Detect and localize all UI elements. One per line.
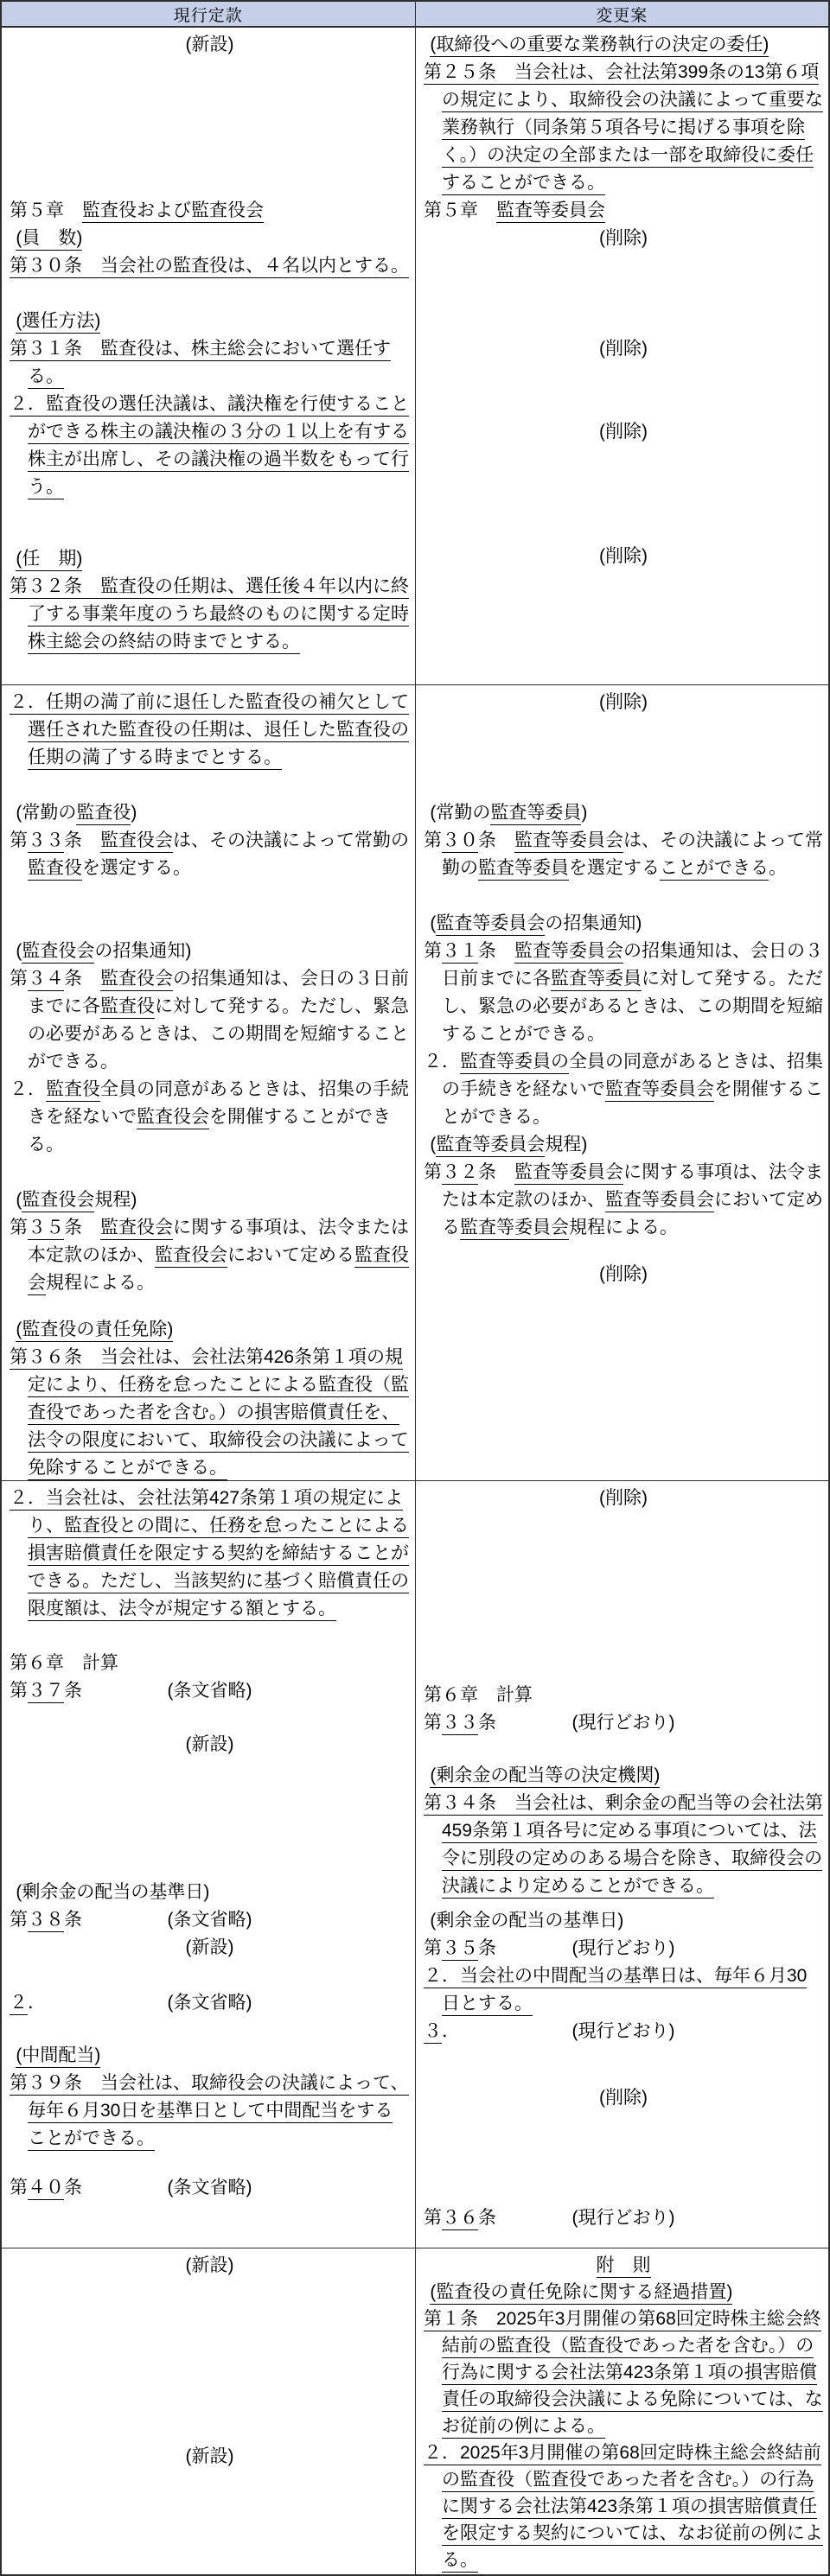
spacer xyxy=(424,1242,823,1261)
spacer xyxy=(10,772,410,799)
changed-text: 監査役 xyxy=(100,996,155,1019)
abbreviation-note: (条文省略) xyxy=(168,1993,252,2013)
changed-text: ２ xyxy=(10,1993,28,2015)
new-provision-note: (新設) xyxy=(10,2443,410,2470)
changed-text: (任 期) xyxy=(16,549,82,571)
changed-text: 監査等委員会 xyxy=(460,1218,569,1240)
spacer xyxy=(10,59,410,197)
spacer xyxy=(424,252,823,335)
spacer xyxy=(424,2112,823,2204)
article-paragraph: 第２５条 当会社は、会社法第399条の13第６項の規定により、取締役会の決議によ… xyxy=(424,59,823,197)
deleted-note: (削除) xyxy=(424,543,823,570)
article-paragraph: 第３０条 監査等委員会は、その決議によって常勤の監査等委員を選定することができる… xyxy=(424,827,823,882)
article-paragraph: 第１条 2025年3月開催の第68回定時株主総会終結前の監査役（監査役であった者… xyxy=(424,2306,823,2439)
article-paragraph: 第３２条 監査等委員会に関する事項は、法令または本定款のほか、監査等委員会におい… xyxy=(424,1159,823,1242)
changed-text: 監査等委員の xyxy=(460,1052,569,1074)
spacer xyxy=(10,2153,410,2174)
caption-line: (取締役への重要な業務執行の決定の委任) xyxy=(424,31,823,59)
abbreviation-note: (現行どおり) xyxy=(572,1713,675,1733)
article-paragraph: 第３４条 監査役会の招集通知は、会日の３日前までに各監査役に対して発する。ただし… xyxy=(10,965,410,1076)
article-paragraph: 第３１条 監査等委員会の招集通知は、会日の３日前までに各監査等委員に対して発する… xyxy=(424,938,823,1048)
spacer xyxy=(10,1962,410,1989)
spacer xyxy=(424,1737,823,1762)
changed-text: ３６ xyxy=(442,2208,478,2230)
changed-text: 監査等委員 xyxy=(551,969,642,991)
spacer xyxy=(10,1623,410,1650)
changed-text: 監査等委員会 xyxy=(605,1190,714,1212)
article-line: 第３５条(現行どおり) xyxy=(424,1935,823,1962)
deleted-note: (削除) xyxy=(424,1485,823,1512)
deleted-note: (削除) xyxy=(424,2084,823,2112)
spacer xyxy=(10,1759,410,1879)
changed-text: ３５ xyxy=(28,1218,64,1240)
new-provision-note: (新設) xyxy=(10,1731,410,1759)
caption-line: (監査役の責任免除に関する経過措置) xyxy=(424,2279,823,2306)
article-paragraph: ２．任期の満了前に退任した監査役の補欠として選任された監査役の任期は、退任した監… xyxy=(10,689,410,772)
table-body: (新設)第５章 監査役および監査役会(員 数)第３０条 当会社の監査役は、４名以… xyxy=(2,28,828,2576)
changed-text: ２．2025年3月開催の第68回定時株主総会終結前の監査役（監査役であった者を含… xyxy=(424,2443,823,2573)
spacer xyxy=(424,363,823,418)
column-header-current: 現行定款 xyxy=(2,2,415,26)
abbreviation-note: (現行どおり) xyxy=(572,1938,675,1958)
changed-text: 監査役会 xyxy=(155,1245,227,1268)
caption-line: (剰余金の配当の基準日) xyxy=(10,1879,410,1906)
appendix-title: 附 則 xyxy=(424,2252,823,2279)
article-line: 第４０条(条文省略) xyxy=(10,2174,410,2202)
proposed-amendments-cell: (取締役への重要な業務執行の決定の委任)第２５条 当会社は、会社法第399条の1… xyxy=(415,28,828,684)
changed-text: 第３９条 当会社は、取締役会の決議によって、毎年６月30日を基準日として中間配当… xyxy=(10,2073,409,2151)
proposed-amendments-cell: (削除)第６章 計算第３３条(現行どおり)(剰余金の配当等の決定機関)第３４条 … xyxy=(415,1481,828,2248)
changed-text: (選任方法) xyxy=(16,311,100,334)
article-paragraph: 第５章 監査等委員会 xyxy=(424,197,823,225)
changed-text: 監査役 xyxy=(76,803,131,825)
spacer xyxy=(10,2017,410,2042)
current-provisions-cell: (新設)第５章 監査役および監査役会(員 数)第３０条 当会社の監査役は、４名以… xyxy=(2,28,415,684)
changed-text: ことができる xyxy=(660,858,769,881)
article-line: 第３７条(条文省略) xyxy=(10,1677,410,1705)
changed-text: ３５ xyxy=(442,1938,478,1961)
spacer xyxy=(10,1159,410,1186)
abbreviation-note: (条文省略) xyxy=(168,1910,252,1930)
caption-line: (任 期) xyxy=(10,545,410,573)
article-line: 第３８条(条文省略) xyxy=(10,1906,410,1934)
spacer xyxy=(424,716,823,799)
abbreviation-note: (現行どおり) xyxy=(572,2021,675,2041)
changed-text: 監査等委員会 xyxy=(514,830,623,853)
changed-text: 第３１条 監査役は、株主総会において選任する。 xyxy=(10,339,391,389)
changed-text: ２．当会社の中間配当の基準日は、毎年６月30日とする。 xyxy=(424,1966,807,2016)
changed-text: ３４ xyxy=(28,969,64,991)
changed-text: ３３ xyxy=(28,830,64,853)
article-number: ３． xyxy=(424,2018,460,2045)
changed-text: 監査等委員 xyxy=(490,803,581,825)
article-paragraph: ２．監査等委員の全員の同意があるときは、招集の手続きを経ないで監査等委員会を開催… xyxy=(424,1048,823,1131)
changed-text: 第２５条 当会社は、会社法第399条の13第６項の規定により、取締役会の決議によ… xyxy=(424,62,823,195)
changed-text: 第３０条 当会社の監査役は、４名以内とする。 xyxy=(10,256,409,278)
article-line: 第３６条(現行どおり) xyxy=(424,2204,823,2232)
comparison-row-1: (新設)第５章 監査役および監査役会(員 数)第３０条 当会社の監査役は、４名以… xyxy=(2,28,828,685)
article-number: 第３７条 xyxy=(10,1677,82,1705)
caption-line: (剰余金の配当の基準日) xyxy=(424,1907,823,1935)
spacer xyxy=(10,280,410,308)
changed-text: 監査等委員会 xyxy=(436,913,545,936)
article-line: ２．(条文省略) xyxy=(10,1989,410,2017)
article-paragraph: ２．監査役の選任決議は、議決権を行使することができる株主の議決権の３分の１以上を… xyxy=(10,391,410,501)
new-provision-note: (新設) xyxy=(10,2252,410,2279)
spacer xyxy=(10,1705,410,1731)
article-paragraph: 第３６条 当会社は、会社法第426条第１項の規定により、任務を怠ったことによる監… xyxy=(10,1344,410,1480)
changed-text: ４０ xyxy=(28,2178,64,2200)
article-line: 第３３条(現行どおり) xyxy=(424,1709,823,1737)
spacer xyxy=(10,1297,410,1316)
changed-text: (監査役の責任免除に関する経過措置) xyxy=(430,2282,732,2305)
deleted-note: (削除) xyxy=(424,225,823,252)
comparison-row-3: ２．当会社は、会社法第427条第１項の規定により、監査役との間に、任務を怠ったこ… xyxy=(2,1481,828,2248)
article-paragraph: ２．当会社の中間配当の基準日は、毎年６月30日とする。 xyxy=(424,1962,823,2018)
article-number: 第４０条 xyxy=(10,2174,82,2202)
article-paragraph: 第３１条 監査役は、株主総会において選任する。 xyxy=(10,335,410,391)
changed-text: 監査等委員会 xyxy=(514,1162,623,1185)
article-number: 第３５条 xyxy=(424,1935,496,1962)
article-paragraph: ２．当会社は、会社法第427条第１項の規定により、監査役との間に、任務を怠ったこ… xyxy=(10,1485,410,1623)
caption-line: (員 数) xyxy=(10,225,410,252)
caption-line: (監査役の責任免除) xyxy=(10,1316,410,1344)
proposed-amendments-cell: 附 則(監査役の責任免除に関する経過措置)第１条 2025年3月開催の第68回定… xyxy=(415,2248,828,2576)
changed-text: ３３ xyxy=(442,1713,478,1735)
changed-text: ３０ xyxy=(442,830,478,853)
spacer xyxy=(424,882,823,910)
article-paragraph: 第３２条 監査役の任期は、選任後４年以内に終了する事業年度のうち最終のものに関す… xyxy=(10,573,410,656)
changed-text: 監査等委員会 xyxy=(496,200,605,223)
caption-line: (常勤の監査役) xyxy=(10,799,410,827)
article-paragraph: ２．監査役全員の同意があるときは、招集の手続きを経ないで監査役会を開催することが… xyxy=(10,1076,410,1159)
caption-line: (剰余金の配当等の決定機関) xyxy=(424,1762,823,1790)
amendment-comparison-table: 現行定款 変更案 (新設)第５章 監査役および監査役会(員 数)第３０条 当会社… xyxy=(0,0,830,2576)
spacer xyxy=(10,2279,410,2443)
caption-line: (常勤の監査等委員) xyxy=(424,799,823,827)
caption-line: (監査等委員会規程) xyxy=(424,1131,823,1159)
changed-text: ３７ xyxy=(28,1681,64,1703)
comparison-row-2: ２．任期の満了前に退任した監査役の補欠として選任された監査役の任期は、退任した監… xyxy=(2,685,828,1481)
table-header-row: 現行定款 変更案 xyxy=(2,2,828,28)
deleted-note: (削除) xyxy=(424,1261,823,1288)
changed-text: ２．当会社は、会社法第427条第１項の規定により、監査役との間に、任務を怠ったこ… xyxy=(10,1488,409,1621)
changed-text: 監査役会 xyxy=(100,969,173,991)
article-number: ２． xyxy=(10,1989,46,2017)
changed-text: 第３４条 当会社は、剰余金の配当等の会社法第459条第１項各号に定める事項につい… xyxy=(424,1793,823,1899)
current-provisions-cell: ２．任期の満了前に退任した監査役の補欠として選任された監査役の任期は、退任した監… xyxy=(2,685,415,1480)
article-number: 第３３条 xyxy=(424,1709,496,1737)
new-provision-note: (新設) xyxy=(10,31,410,59)
spacer xyxy=(424,446,823,543)
abbreviation-note: (現行どおり) xyxy=(572,2208,675,2228)
changed-text: 監査役会 xyxy=(100,830,173,853)
abbreviation-note: (条文省略) xyxy=(168,1681,252,1701)
changed-text: 監査役会 xyxy=(22,941,94,964)
changed-text: 監査役会 xyxy=(22,1190,94,1212)
spacer xyxy=(424,1900,823,1907)
current-provisions-cell: ２．当会社は、会社法第427条第１項の規定により、監査役との間に、任務を怠ったこ… xyxy=(2,1481,415,2248)
changed-text: 監査役会 xyxy=(100,1218,173,1240)
article-paragraph: 第６章 計算 xyxy=(10,1650,410,1677)
changed-text: 監査役 xyxy=(28,858,82,881)
changed-text: 附 則 xyxy=(597,2255,651,2278)
deleted-note: (削除) xyxy=(424,418,823,446)
article-paragraph: 第６章 計算 xyxy=(424,1682,823,1709)
new-provision-note: (新設) xyxy=(10,1934,410,1962)
changed-text: 監査等委員 xyxy=(478,858,569,881)
caption-line: (監査役会の招集通知) xyxy=(10,938,410,965)
changed-text: 監査役および監査役会 xyxy=(82,200,264,223)
changed-text: (取締役への重要な業務執行の決定の委任) xyxy=(430,35,769,57)
article-paragraph: 第３３条 監査役会は、その決議によって常勤の監査役を選定する。 xyxy=(10,827,410,882)
article-paragraph: 第５章 監査役および監査役会 xyxy=(10,197,410,225)
article-paragraph: 第３４条 当会社は、剰余金の配当等の会社法第459条第１項各号に定める事項につい… xyxy=(424,1790,823,1900)
changed-text: 監査役会 xyxy=(137,1107,209,1129)
changed-text: ２．任期の満了前に退任した監査役の補欠として選任された監査役の任期は、退任した監… xyxy=(10,692,409,770)
proposed-amendments-cell: (削除)(常勤の監査等委員)第３０条 監査等委員会は、その決議によって常勤の監査… xyxy=(415,685,828,1480)
article-number: 第３６条 xyxy=(424,2204,496,2232)
changed-text: 第３２条 監査役の任期は、選任後４年以内に終了する事業年度のうち最終のものに関す… xyxy=(10,576,409,654)
deleted-note: (削除) xyxy=(424,335,823,363)
deleted-note: (削除) xyxy=(424,689,823,716)
article-paragraph: ２．2025年3月開催の第68回定時株主総会終結前の監査役（監査役であった者を含… xyxy=(424,2439,823,2573)
spacer xyxy=(10,501,410,545)
spacer xyxy=(10,882,410,938)
caption-line: (中間配当) xyxy=(10,2042,410,2070)
caption-line: (選任方法) xyxy=(10,308,410,335)
article-paragraph: 第３９条 当会社は、取締役会の決議によって、毎年６月30日を基準日として中間配当… xyxy=(10,2070,410,2153)
changed-text: 監査等委員会 xyxy=(514,941,623,964)
caption-line: (監査等委員会の招集通知) xyxy=(424,910,823,938)
current-provisions-cell: (新設)(新設) xyxy=(2,2248,415,2576)
changed-text: ３８ xyxy=(28,1910,64,1932)
changed-text: 監査等委員会 xyxy=(605,1079,714,1102)
changed-text: 監査役 xyxy=(46,1079,100,1102)
changed-text: ３２ xyxy=(442,1162,478,1185)
changed-text: ２．監査役の選任決議は、議決権を行使することができる株主の議決権の３分の１以上を… xyxy=(10,394,409,499)
column-header-proposed: 変更案 xyxy=(415,2,829,26)
comparison-row-4: (新設)(新設)附 則(監査役の責任免除に関する経過措置)第１条 2025年3月… xyxy=(2,2248,828,2576)
changed-text: (中間配当) xyxy=(16,2045,100,2068)
article-paragraph: 第３０条 当会社の監査役は、４名以内とする。 xyxy=(10,252,410,280)
changed-text: ３ xyxy=(424,2021,442,2044)
changed-text: ３１ xyxy=(442,941,478,964)
changed-text: (監査役の責任免除) xyxy=(16,1320,173,1342)
article-paragraph: 第３５条 監査役会に関する事項は、法令または本定款のほか、監査役会において定める… xyxy=(10,1214,410,1297)
spacer xyxy=(424,1512,823,1682)
changed-text: (剰余金の配当等の決定機関) xyxy=(430,1765,660,1788)
caption-line: (監査役会規程) xyxy=(10,1186,410,1214)
article-number: 第３８条 xyxy=(10,1906,82,1934)
changed-text: 第３６条 当会社は、会社法第426条第１項の規定により、任務を怠ったことによる監… xyxy=(10,1347,409,1480)
changed-text: (員 数) xyxy=(16,228,82,251)
changed-text: 第１条 2025年3月開催の第68回定時株主総会終結前の監査役（監査役であった者… xyxy=(424,2309,823,2439)
spacer xyxy=(424,2045,823,2084)
abbreviation-note: (条文省略) xyxy=(168,2178,252,2198)
changed-text: 監査等委員会 xyxy=(436,1135,545,1157)
article-line: ３．(現行どおり) xyxy=(424,2018,823,2045)
